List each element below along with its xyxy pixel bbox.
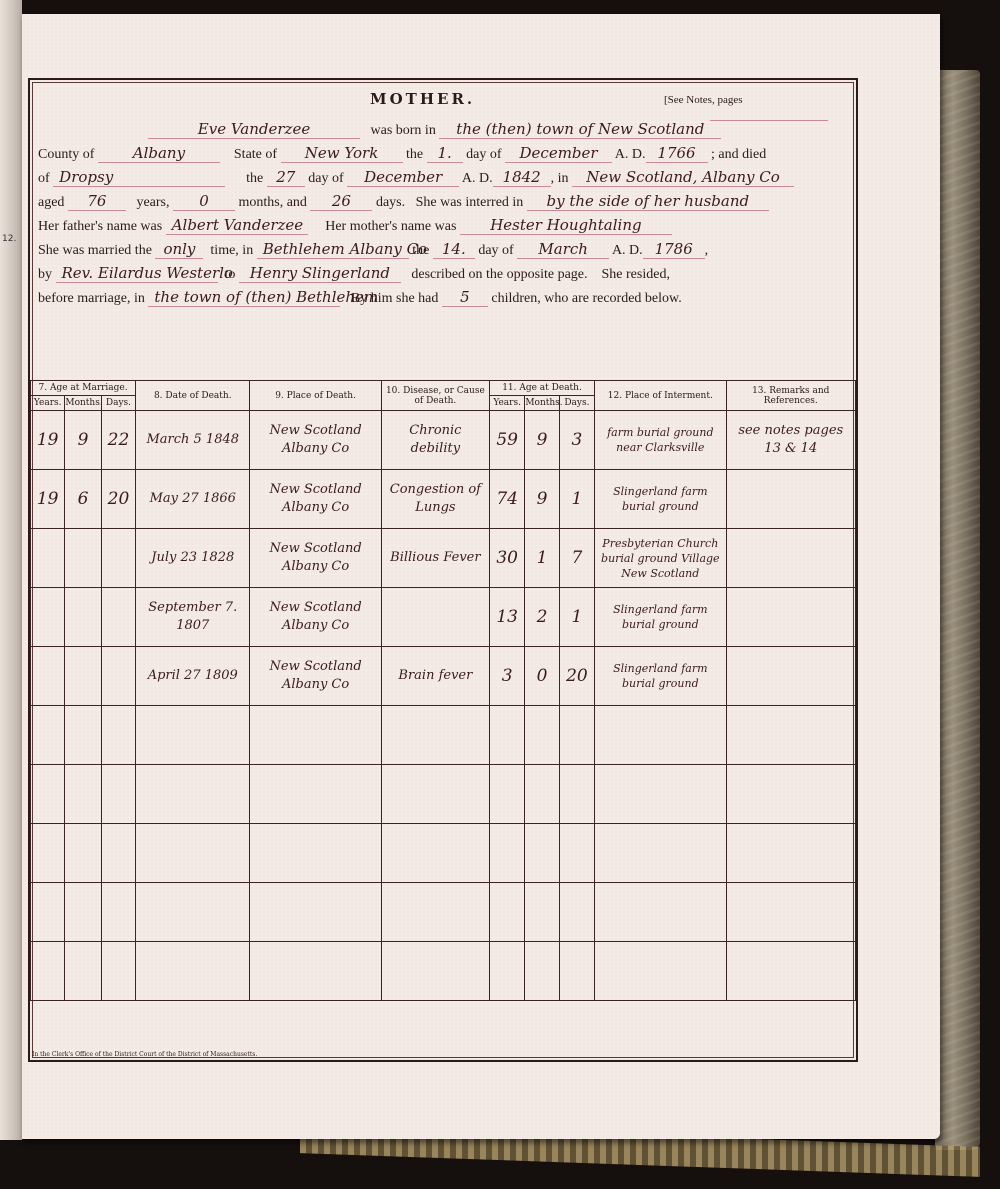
header-cause: 10. Disease, or Cause of Death. (381, 381, 489, 411)
cell-place (250, 942, 381, 1001)
county-value: Albany (98, 144, 220, 163)
cell-place: New Scotland Albany Co (250, 529, 381, 588)
cell-m-months (65, 765, 101, 824)
line-officiant: by Rev. Eilardus Westerlo to Henry Sling… (38, 264, 670, 283)
cell-m-months (65, 883, 101, 942)
cell-m-days (101, 824, 135, 883)
death-cause-value: Dropsy (53, 168, 225, 187)
death-place-value: New Scotland, Albany Co (572, 168, 794, 187)
age-months-value: 0 (173, 192, 235, 211)
cell-d-days (559, 942, 594, 1001)
cell-interment (595, 883, 726, 942)
header-remarks: 13. Remarks and References. (726, 381, 855, 411)
cell-cause: Congestion of Lungs (381, 470, 489, 529)
cell-m-days (101, 529, 135, 588)
cell-cause (381, 765, 489, 824)
line-residence: before marriage, in the town of (then) B… (38, 288, 682, 307)
cell-m-months (65, 647, 101, 706)
table-row (31, 824, 856, 883)
cell-d-days: 3 (559, 411, 594, 470)
facing-page-edge: 12. (0, 0, 22, 1140)
birthplace-value: the (then) town of New Scotland (439, 120, 721, 139)
cell-m-years (31, 942, 65, 1001)
cell-date (136, 883, 250, 942)
cell-m-months (65, 529, 101, 588)
cell-cause (381, 706, 489, 765)
cell-d-months: 2 (525, 588, 559, 647)
children-count-value: 5 (442, 288, 488, 307)
cell-cause (381, 824, 489, 883)
page-title: MOTHER. (370, 90, 475, 108)
cell-d-years (489, 824, 524, 883)
header-interment: 12. Place of Interment. (595, 381, 726, 411)
table-row: 19620May 27 1866New Scotland Albany CoCo… (31, 470, 856, 529)
cell-remarks (726, 824, 855, 883)
line-name: Eve Vanderzee was born in the (then) tow… (148, 120, 721, 139)
line-age: aged 76 years, 0 months, and 26 days. Sh… (38, 192, 769, 211)
cell-date (136, 706, 250, 765)
cell-m-months (65, 824, 101, 883)
cell-m-years (31, 883, 65, 942)
cell-date: March 5 1848 (136, 411, 250, 470)
cell-date: July 23 1828 (136, 529, 250, 588)
line-county: County of Albany State of New York the 1… (38, 144, 766, 163)
cell-d-years: 3 (489, 647, 524, 706)
table-row (31, 765, 856, 824)
cell-date: May 27 1866 (136, 470, 250, 529)
cell-cause: Brain fever (381, 647, 489, 706)
cell-d-months: 9 (525, 411, 559, 470)
cell-date (136, 942, 250, 1001)
margin-mark: 12. (2, 234, 16, 244)
cell-place: New Scotland Albany Co (250, 588, 381, 647)
header-m-months: Months. (65, 396, 101, 411)
header-m-years: Years. (31, 396, 65, 411)
children-table: 7. Age at Marriage. 8. Date of Death. 9.… (30, 380, 856, 1001)
cell-m-months: 6 (65, 470, 101, 529)
cell-m-days (101, 883, 135, 942)
cell-cause (381, 883, 489, 942)
copyright-note: In the Clerk's Office of the District Co… (32, 1051, 257, 1058)
cell-m-months (65, 706, 101, 765)
cell-d-months (525, 765, 559, 824)
cell-m-years (31, 765, 65, 824)
header-place-death: 9. Place of Death. (250, 381, 381, 411)
cell-date (136, 765, 250, 824)
header-age-death: 11. Age at Death. (489, 381, 594, 396)
death-year-value: 1842 (493, 168, 551, 187)
cell-m-days (101, 765, 135, 824)
cell-m-days: 20 (101, 470, 135, 529)
book-edge-right (935, 70, 980, 1150)
cell-cause: Billious Fever (381, 529, 489, 588)
cell-place: New Scotland Albany Co (250, 647, 381, 706)
table-row (31, 706, 856, 765)
married-year-value: 1786 (643, 240, 705, 259)
cell-d-days (559, 883, 594, 942)
see-notes-label: [See Notes, pages (664, 94, 743, 106)
register-page: MOTHER. [See Notes, pages Eve Vanderzee … (22, 14, 940, 1139)
death-month-value: December (347, 168, 459, 187)
interred-value: by the side of her husband (527, 192, 769, 211)
cell-d-days (559, 765, 594, 824)
cell-cause: Chronic debility (381, 411, 489, 470)
cell-place (250, 883, 381, 942)
cell-d-years: 30 (489, 529, 524, 588)
header-age-marriage: 7. Age at Marriage. (31, 381, 136, 396)
header-m-days: Days. (101, 396, 135, 411)
cell-date: September 7. 1807 (136, 588, 250, 647)
cell-d-years (489, 942, 524, 1001)
cell-interment (595, 765, 726, 824)
cell-d-years: 59 (489, 411, 524, 470)
line-parents: Her father's name was Albert Vanderzee H… (38, 216, 672, 235)
cell-d-days: 1 (559, 470, 594, 529)
cell-remarks (726, 765, 855, 824)
cell-place (250, 706, 381, 765)
cell-interment: Slingerland farm burial ground (595, 470, 726, 529)
cell-place: New Scotland Albany Co (250, 411, 381, 470)
cell-d-months (525, 883, 559, 942)
birth-day-value: 1. (427, 144, 463, 163)
married-time-value: only (155, 240, 203, 259)
cell-m-months (65, 588, 101, 647)
cell-m-days (101, 588, 135, 647)
cell-m-years (31, 647, 65, 706)
cell-m-months (65, 942, 101, 1001)
cell-d-years (489, 706, 524, 765)
cell-d-years (489, 883, 524, 942)
cell-d-months (525, 942, 559, 1001)
cell-place (250, 824, 381, 883)
cell-place (250, 765, 381, 824)
age-days-value: 26 (310, 192, 372, 211)
cell-remarks (726, 529, 855, 588)
cell-d-days: 1 (559, 588, 594, 647)
cell-interment: Slingerland farm burial ground (595, 588, 726, 647)
cell-remarks (726, 470, 855, 529)
cell-date (136, 824, 250, 883)
death-day-value: 27 (267, 168, 305, 187)
header-d-days: Days. (559, 396, 594, 411)
cell-m-days (101, 647, 135, 706)
cell-remarks (726, 883, 855, 942)
line-death: of Dropsy the 27 day of December A. D.18… (38, 168, 794, 187)
see-notes-blank (710, 120, 828, 121)
cell-d-months: 9 (525, 470, 559, 529)
table-row: April 27 1809New Scotland Albany CoBrain… (31, 647, 856, 706)
cell-m-months: 9 (65, 411, 101, 470)
cell-m-years: 19 (31, 470, 65, 529)
married-place-value: Bethlehem Albany Co (257, 240, 409, 259)
married-day-value: 14. (433, 240, 475, 259)
table-row (31, 883, 856, 942)
cell-cause (381, 588, 489, 647)
residence-value: the town of (then) Bethlehem (148, 288, 340, 307)
cell-m-days (101, 706, 135, 765)
spouse-value: Henry Slingerland (239, 264, 401, 283)
officiant-value: Rev. Eilardus Westerlo (56, 264, 218, 283)
age-years-value: 76 (68, 192, 126, 211)
cell-d-days (559, 706, 594, 765)
cell-d-months: 1 (525, 529, 559, 588)
cell-remarks: see notes pages 13 & 14 (726, 411, 855, 470)
line-married: She was married the only time, in Bethle… (38, 240, 708, 259)
cell-m-years (31, 706, 65, 765)
header-d-years: Years. (489, 396, 524, 411)
mother-value: Hester Houghtaling (460, 216, 672, 235)
table-row: July 23 1828New Scotland Albany CoBillio… (31, 529, 856, 588)
cell-interment (595, 706, 726, 765)
cell-d-years (489, 765, 524, 824)
cell-interment: Presbyterian Church burial ground Villag… (595, 529, 726, 588)
married-month-value: March (517, 240, 609, 259)
cell-d-months (525, 706, 559, 765)
cell-m-years (31, 529, 65, 588)
cell-d-months: 0 (525, 647, 559, 706)
cell-d-years: 74 (489, 470, 524, 529)
cell-m-days: 22 (101, 411, 135, 470)
cell-interment (595, 824, 726, 883)
header-d-months: Months. (525, 396, 559, 411)
cell-place: New Scotland Albany Co (250, 470, 381, 529)
children-table-wrap: 7. Age at Marriage. 8. Date of Death. 9.… (30, 380, 856, 1001)
cell-remarks (726, 588, 855, 647)
cell-d-days: 7 (559, 529, 594, 588)
cell-d-days (559, 824, 594, 883)
cell-m-years (31, 824, 65, 883)
table-row: September 7. 1807New Scotland Albany Co1… (31, 588, 856, 647)
cell-interment: farm burial ground near Clarksville (595, 411, 726, 470)
table-row (31, 942, 856, 1001)
table-row: 19922March 5 1848New Scotland Albany CoC… (31, 411, 856, 470)
cell-date: April 27 1809 (136, 647, 250, 706)
cell-d-months (525, 824, 559, 883)
cell-m-years: 19 (31, 411, 65, 470)
cell-m-days (101, 942, 135, 1001)
cell-remarks (726, 647, 855, 706)
state-value: New York (281, 144, 403, 163)
form-frame: MOTHER. [See Notes, pages Eve Vanderzee … (28, 78, 858, 1062)
header-date-death: 8. Date of Death. (136, 381, 250, 411)
name-value: Eve Vanderzee (148, 120, 360, 139)
cell-m-years (31, 588, 65, 647)
cell-d-years: 13 (489, 588, 524, 647)
birth-year-value: 1766 (646, 144, 708, 163)
cell-remarks (726, 942, 855, 1001)
cell-interment: Slingerland farm burial ground (595, 647, 726, 706)
birth-month-value: December (505, 144, 612, 163)
father-value: Albert Vanderzee (166, 216, 308, 235)
cell-interment (595, 942, 726, 1001)
cell-cause (381, 942, 489, 1001)
cell-remarks (726, 706, 855, 765)
cell-d-days: 20 (559, 647, 594, 706)
